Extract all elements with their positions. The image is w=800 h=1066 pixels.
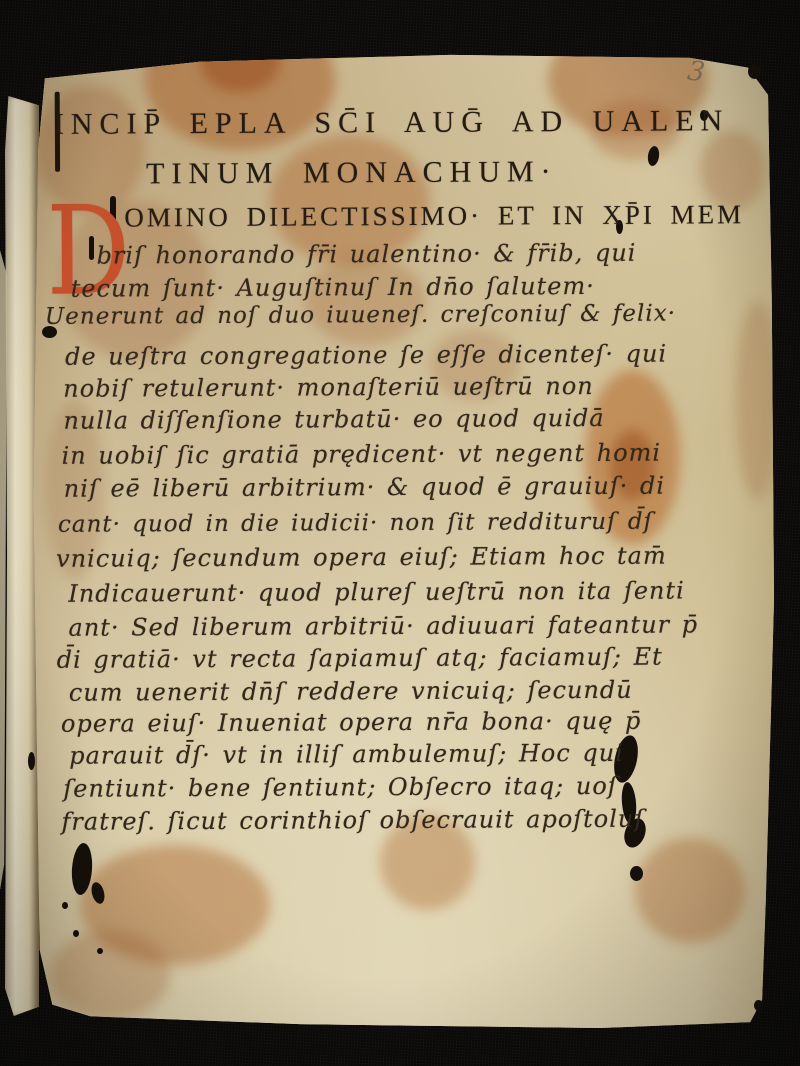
- manuscript-line: Indicauerunt· quod plureſ ueſtrū non ita…: [68, 577, 685, 608]
- manuscript-line: ant· Sed liberum arbitriū· adiuuari fate…: [68, 610, 698, 641]
- manuscript-line: parauit d̄ſ· vt in illiſ ambulemuſ; Hoc …: [69, 739, 624, 770]
- manuscript-photo: INCIP̄ EPLA SC̄I AUḠ AD UALEN TINUM MON…: [0, 0, 800, 1066]
- rubric-heading-line1: INCIP̄ EPLA SC̄I AUḠ AD UALEN: [54, 104, 730, 142]
- text-layer: INCIP̄ EPLA SC̄I AUḠ AD UALEN TINUM MON…: [0, 0, 800, 1066]
- manuscript-line: cant· quod in die iudicii· non ſit reddi…: [58, 509, 653, 538]
- manuscript-line: tecum ſunt· Auguſtinuſ In dn̄o ſalutem·: [71, 272, 595, 303]
- manuscript-line: briſ honorando fr̄i ualentino· & fr̄ib, …: [96, 239, 636, 270]
- folio-number: 3: [686, 55, 707, 88]
- manuscript-line: de ueſtra congregatione ſe eſſe dicenteſ…: [65, 340, 667, 371]
- manuscript-line: cum uenerit dn̄ſ reddere vnicuiq; ſecund…: [69, 676, 633, 707]
- manuscript-line: ſentiunt· bene ſentiunt; Obſecro itaq; u…: [63, 772, 617, 803]
- manuscript-line: opera eiuſ· Inueniat opera nr̄a bona· qu…: [61, 707, 641, 738]
- manuscript-line: vnicuiq; ſecundum opera eiuſ; Etiam hoc …: [56, 542, 667, 573]
- manuscript-line: in uobiſ ſic gratiā prędicent· vt negent…: [62, 439, 662, 470]
- manuscript-line: d̄i gratiā· vt recta ſapiamuſ atq; facia…: [57, 643, 663, 674]
- manuscript-line: nobiſ retulerunt· monaſteriū ueſtrū non: [63, 372, 594, 403]
- rubric-heading-line2: TINUM MONACHUM·: [146, 155, 558, 191]
- manuscript-line: niſ eē liberū arbitrium· & quod ē grauiu…: [64, 472, 665, 503]
- manuscript-line: Uenerunt ad noſ duo iuueneſ. creſconiuſ …: [45, 301, 676, 330]
- manuscript-line: fratreſ. ſicut corinthioſ obſecrauit apo…: [61, 805, 644, 836]
- salutation-line: OMINO DILECTISSIMO· ET IN XP̄I MEM: [124, 199, 744, 233]
- manuscript-line: nulla diſſenſione turbatū· eo quod quidā: [63, 404, 604, 435]
